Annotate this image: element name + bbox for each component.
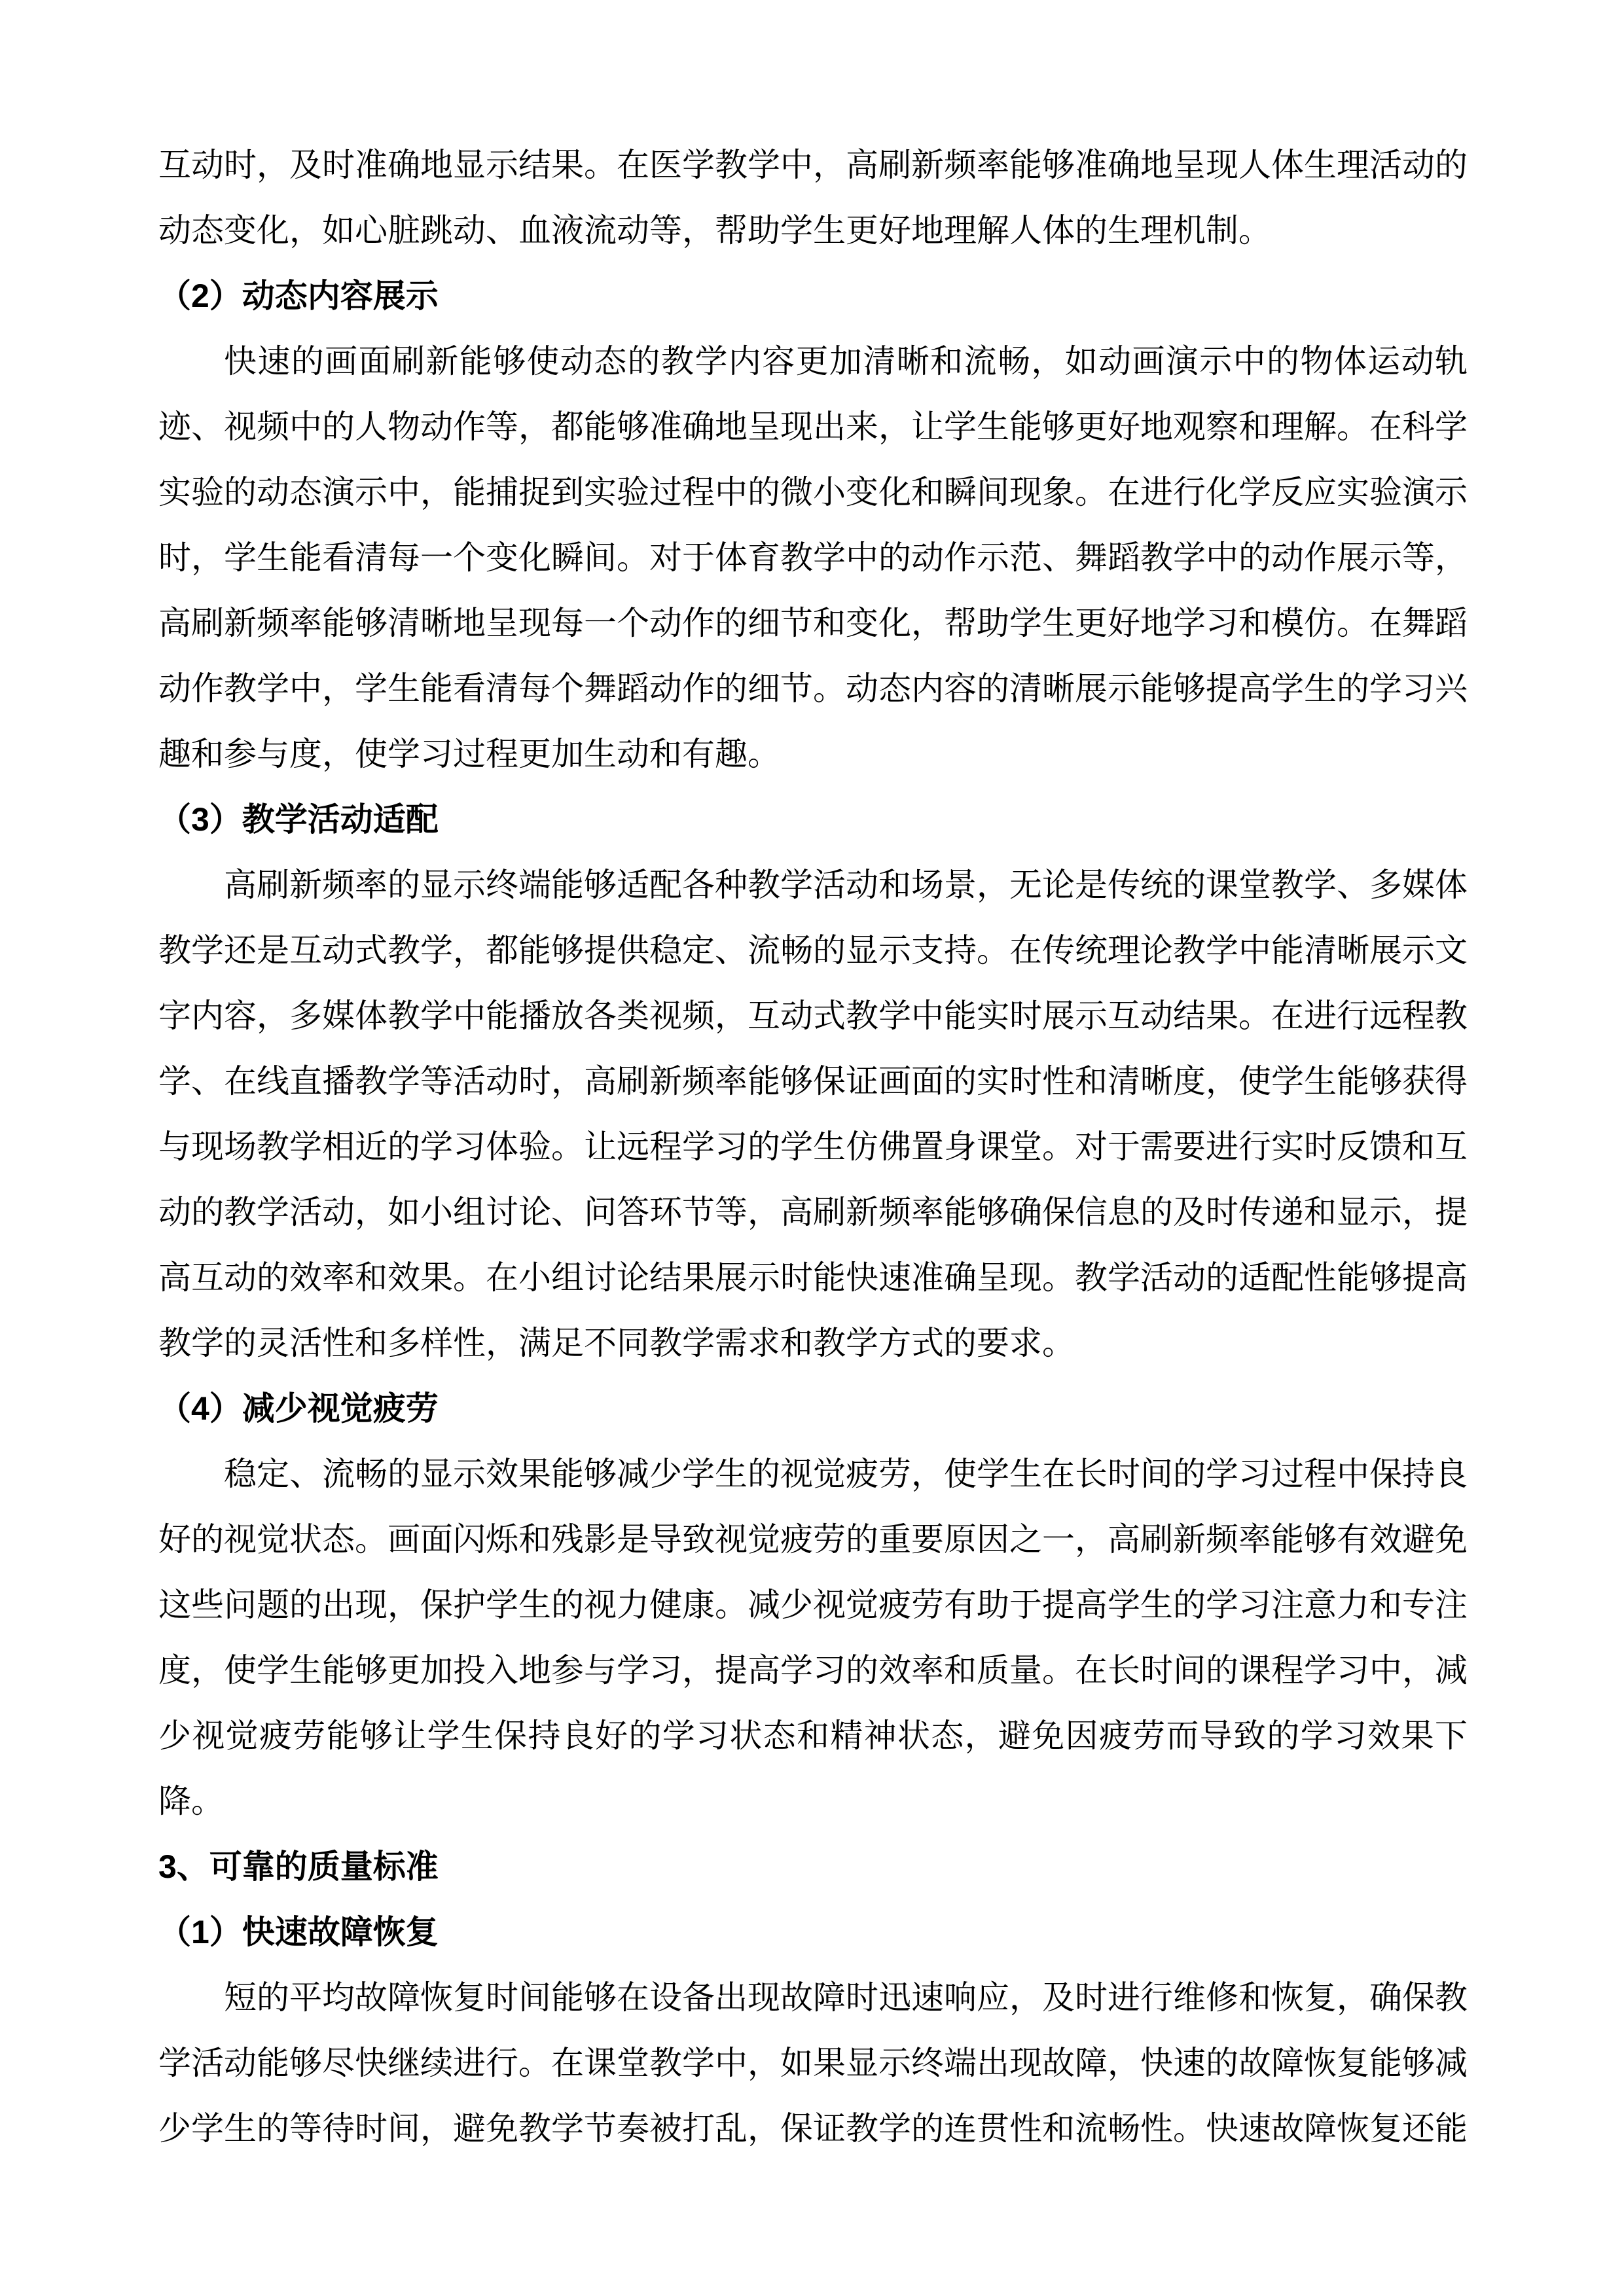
paragraph-continuation: 互动时，及时准确地显示结果。在医学教学中，高刷新频率能够准确地呈现人体生理活动的… (158, 132, 1468, 263)
document-page: 互动时，及时准确地显示结果。在医学教学中，高刷新频率能够准确地呈现人体生理活动的… (0, 0, 1624, 2296)
section-heading-3-teaching-activity: （3）教学活动适配 (158, 787, 1468, 852)
section-heading-4-visual-fatigue: （4）减少视觉疲劳 (158, 1376, 1468, 1441)
paragraph-visual-fatigue: 稳定、流畅的显示效果能够减少学生的视觉疲劳，使学生在长时间的学习过程中保持良好的… (158, 1441, 1468, 1834)
section-heading-2-dynamic-content: （2）动态内容展示 (158, 263, 1468, 329)
document-content: 互动时，及时准确地显示结果。在医学教学中，高刷新频率能够准确地呈现人体生理活动的… (158, 132, 1468, 2161)
section-heading-1-fault-recovery: （1）快速故障恢复 (158, 1899, 1468, 1965)
paragraph-dynamic-content: 快速的画面刷新能够使动态的教学内容更加清晰和流畅，如动画演示中的物体运动轨迹、视… (158, 329, 1468, 787)
chapter-heading-quality-standard: 3、可靠的质量标准 (158, 1834, 1468, 1899)
paragraph-fault-recovery: 短的平均故障恢复时间能够在设备出现故障时迅速响应，及时进行维修和恢复，确保教学活… (158, 1965, 1468, 2161)
paragraph-teaching-activity: 高刷新频率的显示终端能够适配各种教学活动和场景，无论是传统的课堂教学、多媒体教学… (158, 852, 1468, 1376)
